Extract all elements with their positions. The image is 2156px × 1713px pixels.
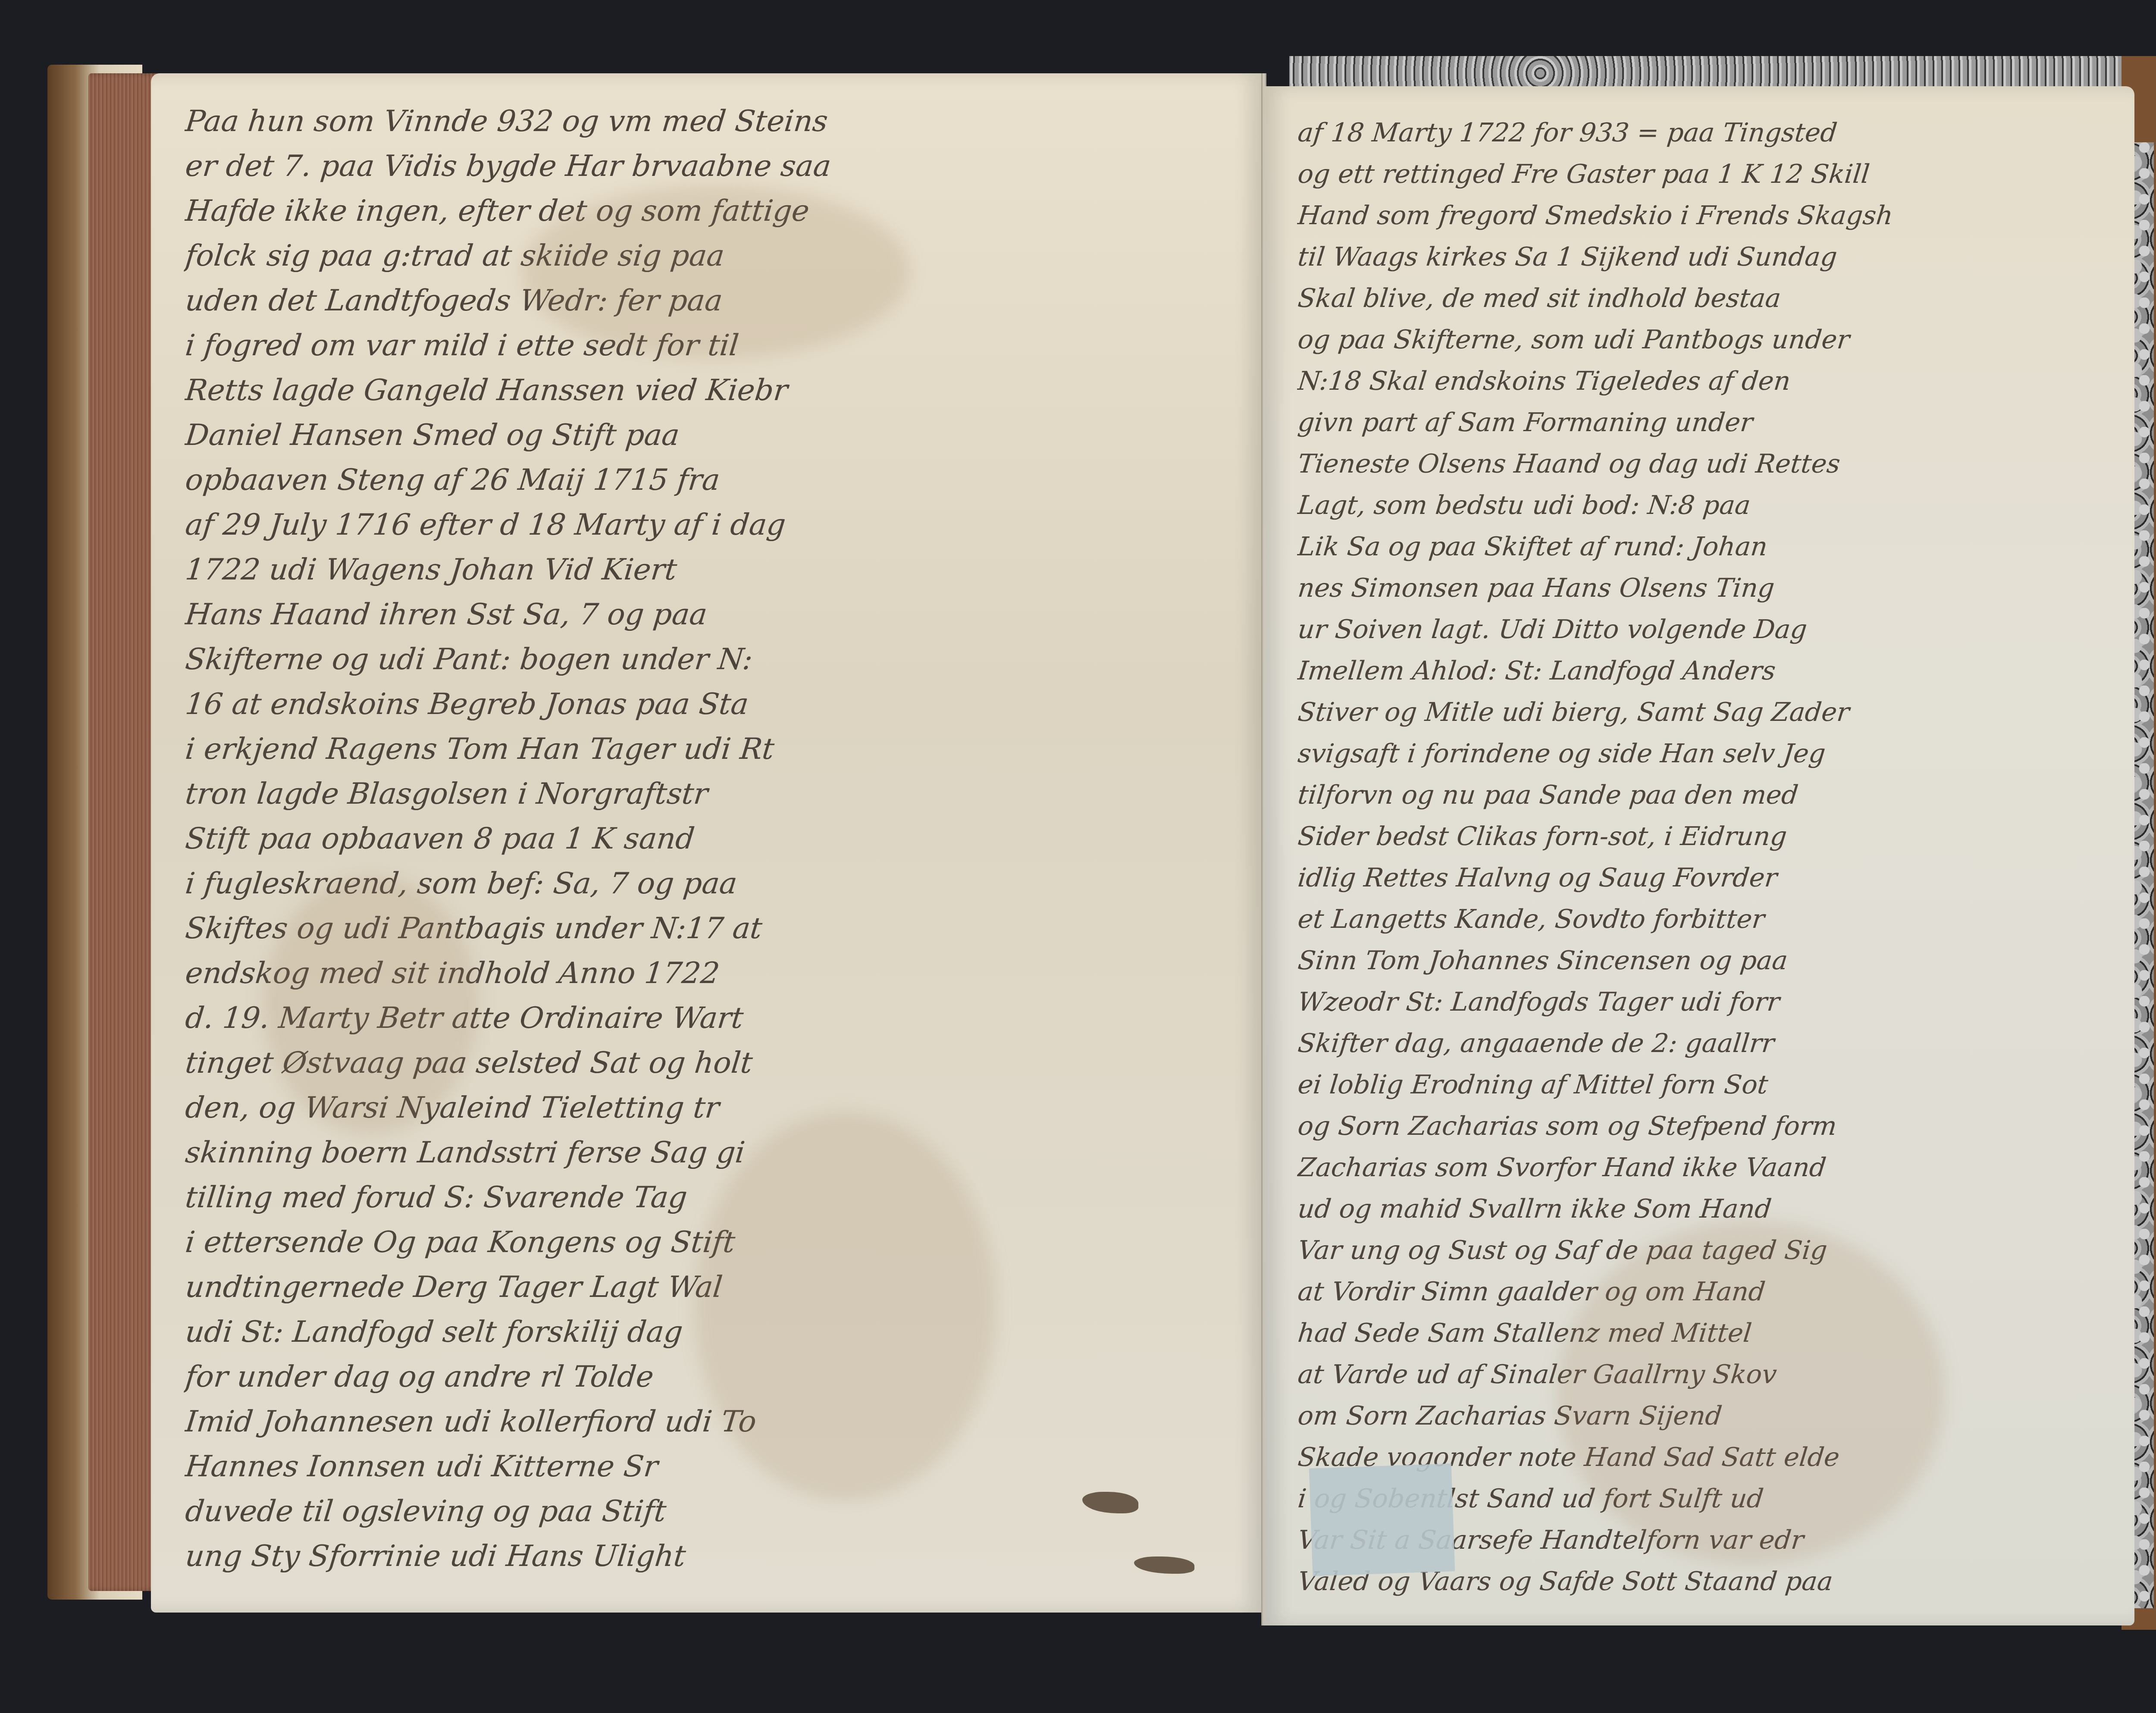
handwritten-line: Stift paa opbaaven 8 paa 1 K sand [183, 817, 1236, 861]
water-stain [522, 185, 910, 358]
marbled-board-top [1289, 56, 2126, 91]
handwritten-line: Tieneste Olsens Haand og dag udi Rettes [1296, 443, 2106, 485]
handwritten-line: Paa hun som Vinnde 932 og vm med Steins [183, 99, 1236, 144]
handwritten-line: og Sorn Zacharias som og Stefpend form [1296, 1105, 2106, 1147]
handwritten-line: Hans Haand ihren Sst Sa, 7 og paa [183, 592, 1236, 637]
handwritten-line: Lik Sa og paa Skiftet af rund: Johan [1296, 526, 2106, 567]
handwritten-line: svigsaft i forindene og side Han selv Je… [1296, 733, 2106, 774]
handwritten-line: Sider bedst Clikas forn-sot, i Eidrung [1296, 816, 2106, 857]
handwritten-line: et Langetts Kande, Sovdto forbitter [1296, 899, 2106, 940]
handwritten-line: givn part af Sam Formaning under [1296, 402, 2106, 443]
handwritten-line: Imid Johannesen udi kollerfiord udi To [183, 1400, 1236, 1444]
handwritten-line: idlig Rettes Halvng og Saug Fovrder [1296, 857, 2106, 899]
handwritten-line: nes Simonsen paa Hans Olsens Ting [1296, 567, 2106, 609]
open-book: Paa hun som Vinnde 932 og vm med Steinse… [47, 56, 2156, 1660]
handwritten-line: Stiver og Mitle udi bierg, Samt Sag Zade… [1296, 692, 2106, 733]
handwritten-line: tilforvn og nu paa Sande paa den med [1296, 774, 2106, 816]
handwritten-line: Daniel Hansen Smed og Stift paa [183, 413, 1236, 458]
handwritten-line: tilling med forud S: Svarende Tag [183, 1175, 1236, 1220]
handwritten-line: N:18 Skal endskoins Tigeledes af den [1296, 360, 2106, 402]
handwritten-line: 16 at endskoins Begreb Jonas paa Sta [183, 682, 1236, 727]
handwritten-line: opbaaven Steng af 26 Maij 1715 fra [183, 458, 1236, 503]
handwritten-line: i erkjend Ragens Tom Han Tager udi Rt [183, 727, 1236, 772]
handwritten-line: Retts lagde Gangeld Hanssen vied Kiebr [183, 368, 1236, 413]
handwritten-line: ur Soiven lagt. Udi Ditto volgende Dag [1296, 609, 2106, 650]
handwritten-line: ei loblig Erodning af Mittel forn Sot [1296, 1064, 2106, 1105]
handwritten-line: Skal blive, de med sit indhold bestaa [1296, 278, 2106, 319]
water-stain [263, 875, 479, 1134]
handwritten-line: ung Sty Sforrinie udi Hans Ulight [183, 1534, 1236, 1579]
water-stain [694, 1112, 996, 1500]
handwritten-line: Lagt, som bedstu udi bod: N:8 paa [1296, 485, 2106, 526]
water-stain [1557, 1220, 1945, 1565]
handwritten-line: er det 7. paa Vidis bygde Har brvaabne s… [183, 144, 1236, 189]
handwritten-line: Skifterne og udi Pant: bogen under N: [183, 637, 1236, 682]
handwritten-line: ud og mahid Svallrn ikke Som Hand [1296, 1188, 2106, 1230]
handwritten-line: tron lagde Blasgolsen i Norgraftstr [183, 772, 1236, 817]
handwritten-line: og paa Skifterne, som udi Pantbogs under [1296, 319, 2106, 360]
handwritten-line: Sinn Tom Johannes Sincensen og paa [1296, 940, 2106, 981]
repair-paper [1309, 1463, 1455, 1576]
handwritten-line: Hand som fregord Smedskio i Frends Skags… [1296, 195, 2106, 236]
handwritten-line: Skifter dag, angaaende de 2: gaallrr [1296, 1023, 2106, 1064]
handwritten-line: af 18 Marty 1722 for 933 = paa Tingsted [1296, 112, 2106, 153]
handwritten-line: Hannes Ionnsen udi Kitterne Sr [183, 1444, 1236, 1489]
handwritten-line: duvede til ogsleving og paa Stift [183, 1489, 1236, 1534]
handwritten-line: skinning boern Landsstri ferse Sag gi [183, 1131, 1236, 1175]
handwritten-line: af 29 July 1716 efter d 18 Marty af i da… [183, 503, 1236, 548]
handwritten-line: Imellem Ahlod: St: Landfogd Anders [1296, 650, 2106, 692]
handwritten-line: Zacharias som Svorfor Hand ikke Vaand [1296, 1147, 2106, 1188]
handwritten-line: Wzeodr St: Landfogds Tager udi forr [1296, 981, 2106, 1023]
handwritten-line: og ett rettinged Fre Gaster paa 1 K 12 S… [1296, 153, 2106, 195]
handwritten-line: 1722 udi Wagens Johan Vid Kiert [183, 548, 1236, 592]
handwritten-line: til Waags kirkes Sa 1 Sijkend udi Sundag [1296, 236, 2106, 278]
